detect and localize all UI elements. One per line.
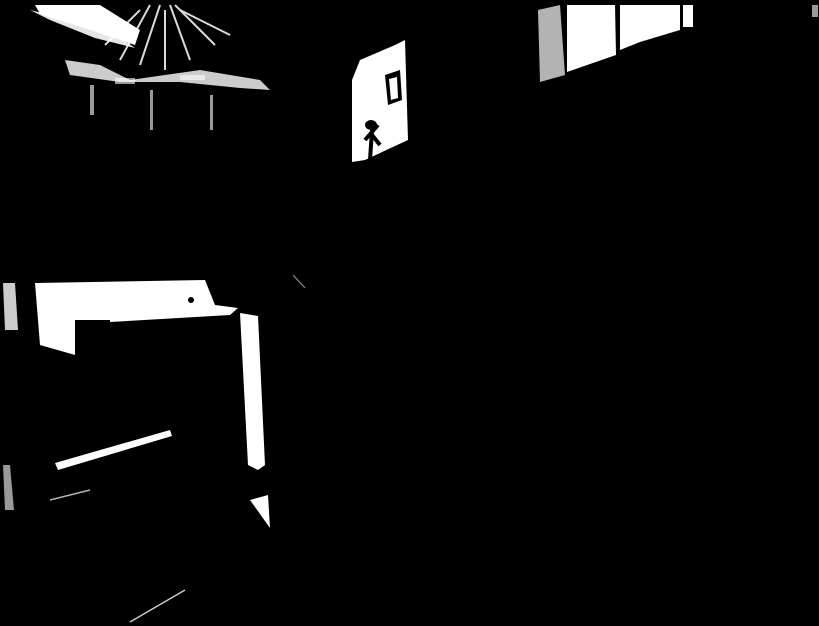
photo-scene xyxy=(0,0,819,626)
